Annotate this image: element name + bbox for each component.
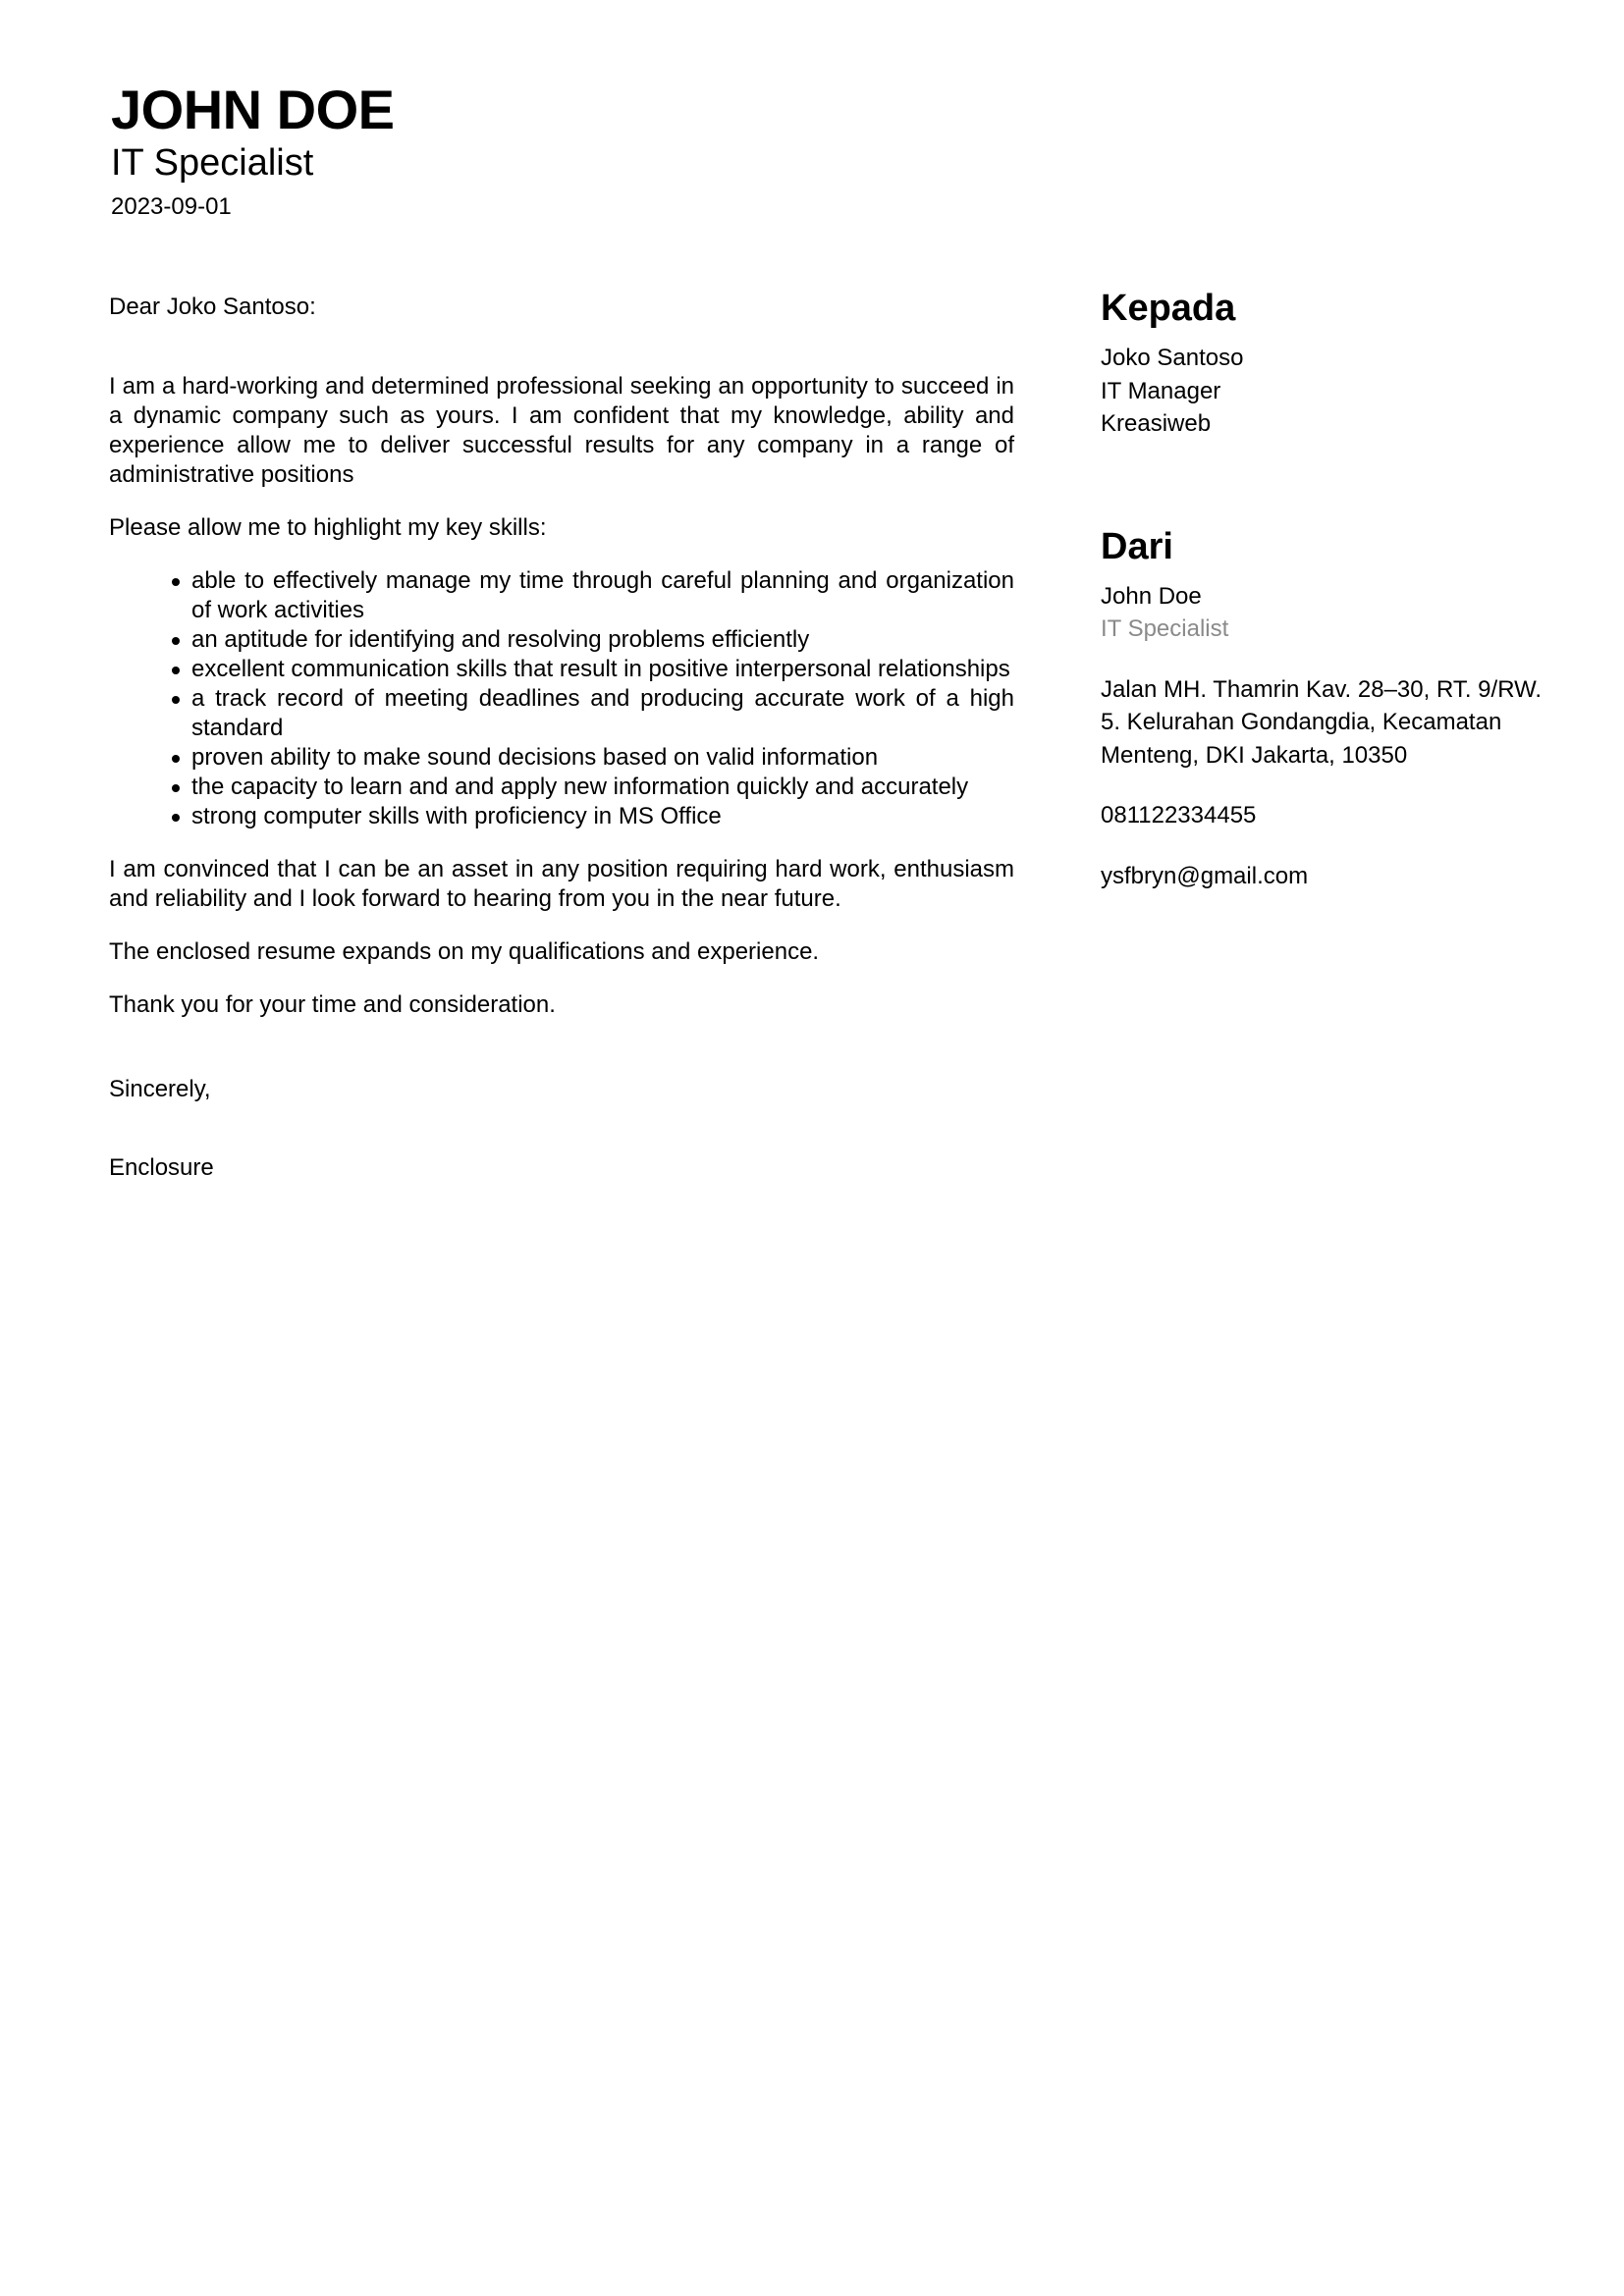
recipient-title: IT Manager [1101, 375, 1552, 408]
sender-block: Dari John Doe IT Specialist Jalan MH. Th… [1101, 523, 1552, 893]
letter-body: Dear Joko Santoso: I am a hard-working a… [109, 293, 1014, 1206]
enclosed-paragraph: The enclosed resume expands on my qualif… [109, 937, 1014, 967]
sender-name: John Doe [1101, 580, 1552, 614]
recipient-heading: Kepada [1101, 285, 1552, 332]
recipient-block: Kepada Joko Santoso IT Manager Kreasiweb [1101, 285, 1552, 441]
salutation: Dear Joko Santoso: [109, 293, 1014, 322]
skill-item: an aptitude for identifying and resolvin… [191, 625, 1014, 655]
thanks-paragraph: Thank you for your time and consideratio… [109, 990, 1014, 1020]
recipient-name: Joko Santoso [1101, 342, 1552, 375]
address-sidebar: Kepada Joko Santoso IT Manager Kreasiweb… [1101, 285, 1552, 892]
closing: Sincerely, [109, 1075, 1014, 1104]
recipient-company: Kreasiweb [1101, 407, 1552, 441]
skill-item: excellent communication skills that resu… [191, 655, 1014, 684]
sender-title: IT Specialist [1101, 613, 1552, 646]
letter-header: JOHN DOE IT Specialist 2023-09-01 [111, 79, 395, 224]
skill-item: a track record of meeting deadlines and … [191, 684, 1014, 743]
sender-heading: Dari [1101, 523, 1552, 570]
skills-list: able to effectively manage my time throu… [109, 566, 1014, 831]
sender-address: Jalan MH. Thamrin Kav. 28–30, RT. 9/RW. … [1101, 673, 1552, 773]
skill-item: strong computer skills with proficiency … [191, 802, 1014, 831]
sender-phone: 081122334455 [1101, 799, 1552, 832]
sender-role: IT Specialist [111, 141, 395, 185]
skills-intro: Please allow me to highlight my key skil… [109, 513, 1014, 543]
convinced-paragraph: I am convinced that I can be an asset in… [109, 855, 1014, 914]
sender-name-title: JOHN DOE [111, 79, 395, 141]
intro-paragraph: I am a hard-working and determined profe… [109, 372, 1014, 490]
skill-item: the capacity to learn and and apply new … [191, 773, 1014, 802]
sender-email: ysfbryn@gmail.com [1101, 860, 1552, 893]
skill-item: proven ability to make sound decisions b… [191, 743, 1014, 773]
skill-item: able to effectively manage my time throu… [191, 566, 1014, 625]
enclosure-note: Enclosure [109, 1153, 1014, 1183]
letter-date: 2023-09-01 [111, 190, 395, 224]
